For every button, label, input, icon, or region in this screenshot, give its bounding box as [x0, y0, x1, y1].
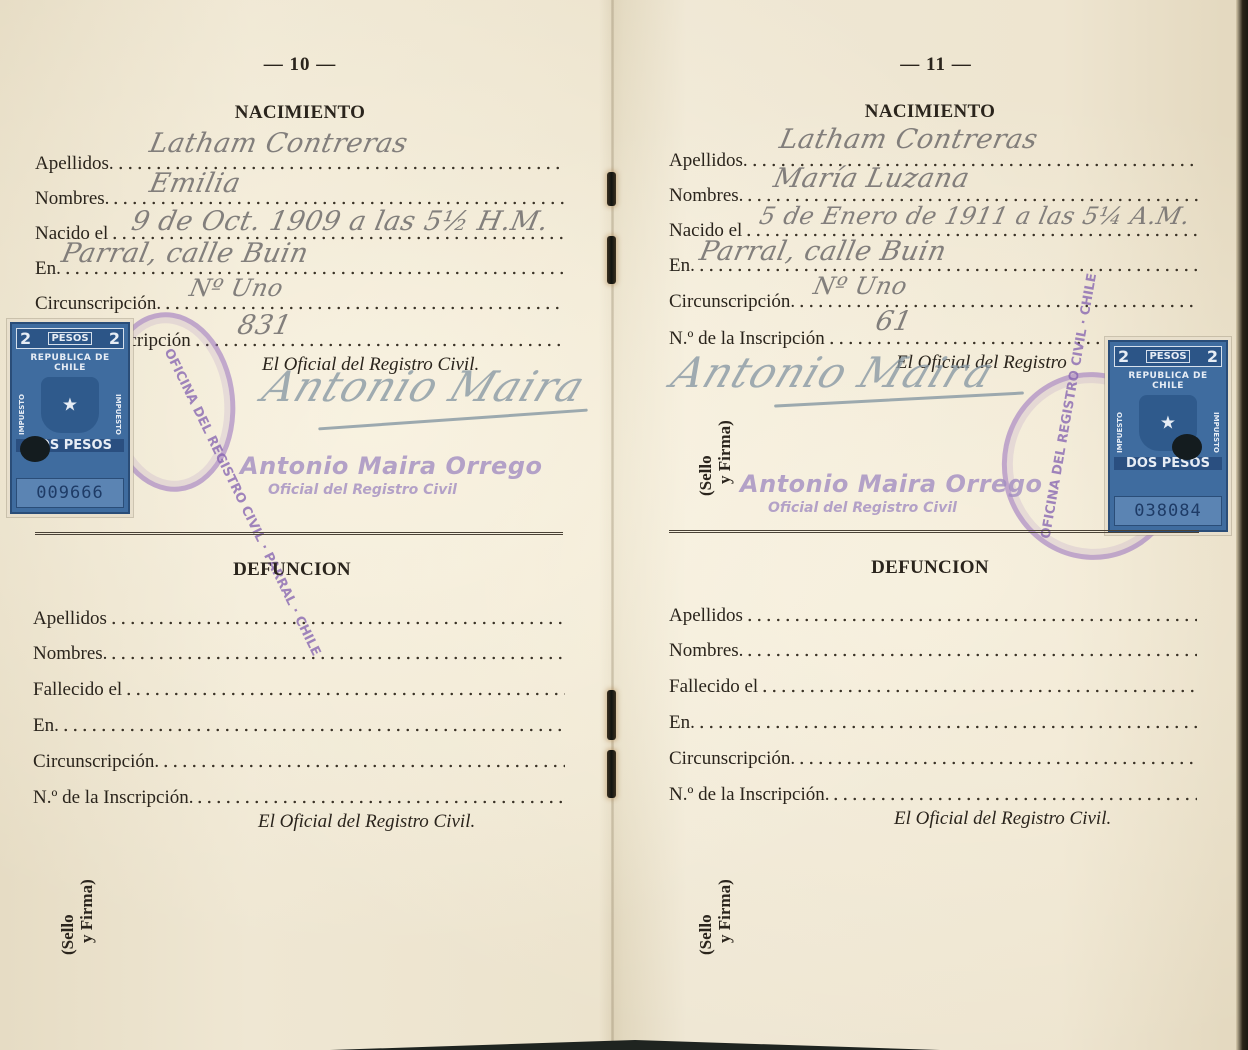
field-label: Circunscripción.	[669, 749, 795, 769]
field-label: Apellidos.	[669, 151, 748, 171]
birth-registration-number-value: 831	[235, 310, 295, 341]
death-officer-label: El Oficial del Registro Civil.	[258, 811, 475, 833]
birth-section-title: NACIMIENTO	[780, 101, 1080, 123]
death-date-field: Fallecido el	[33, 674, 565, 700]
field-label: En.	[33, 716, 59, 736]
page-number: — 10 —	[200, 54, 400, 76]
tax-stamp: 2 PESOS 2 REPUBLICA DE CHILE ★ IMPUESTO …	[1108, 340, 1228, 532]
tax-stamp: 2 PESOS 2 REPUBLICA DE CHILE ★ IMPUESTO …	[10, 322, 130, 514]
seal-label-line-2: y Firma)	[77, 879, 96, 955]
stamp-side-text: IMPUESTO	[114, 394, 122, 435]
field-label: Nombres.	[669, 641, 743, 661]
dotted-line	[111, 201, 565, 205]
death-date-field: Fallecido el	[669, 671, 1197, 697]
field-label: Apellidos	[33, 609, 107, 629]
seal-label-line-2: y Firma)	[715, 420, 734, 496]
stamp-denomination: 2	[20, 329, 31, 348]
dotted-line	[109, 621, 565, 625]
stamp-denomination: 2	[109, 329, 120, 348]
stamp-side-text: IMPUESTO	[18, 394, 26, 435]
stamp-country: REPUBLICA DE CHILE	[16, 353, 124, 373]
field-label: En.	[669, 713, 695, 733]
birth-registration-number-value: 61	[873, 306, 915, 337]
stamp-denomination: 2	[1118, 347, 1129, 366]
dotted-line	[697, 268, 1199, 272]
field-label: En.	[669, 256, 695, 276]
seal-label-line-2: y Firma)	[715, 879, 734, 955]
field-label: Fallecido el	[669, 677, 758, 697]
star-icon: ★	[62, 395, 78, 416]
birth-place-value: Parral, calle Buin	[59, 238, 312, 269]
officer-signature: Antonio Maira	[665, 348, 1001, 397]
death-registration-number-field: N.º de la Inscripción.	[669, 779, 1197, 805]
dotted-line	[195, 800, 565, 804]
death-place-field: En.	[33, 710, 565, 736]
dotted-line	[109, 656, 565, 660]
field-label: En.	[35, 259, 61, 279]
seal-label-line-1: (Sello	[696, 420, 715, 496]
stamp-denomination: 2	[1207, 347, 1218, 366]
birth-date-value: 9 de Oct. 1909 a las 5½ H.M.	[129, 206, 552, 237]
stamp-value-text: DOS PESOS	[1114, 457, 1222, 470]
officer-name-stamp: Antonio Maira Orrego Oficial del Registr…	[240, 452, 543, 498]
stamp-serial-number: 038084	[1114, 496, 1222, 526]
dotted-line	[61, 728, 565, 732]
seal-label-line-1: (Sello	[58, 879, 77, 955]
birth-place-value: Parral, calle Buin	[697, 236, 950, 267]
birth-district-value: Nº Uno	[811, 272, 910, 300]
binding-staple	[607, 236, 616, 284]
stamp-country: REPUBLICA DE CHILE	[1114, 371, 1222, 391]
binding-staple	[607, 750, 616, 798]
field-label: N.º de la Inscripción.	[669, 785, 829, 805]
seal-signature-label: (Sello y Firma)	[696, 879, 734, 955]
officer-signature: Antonio Maira	[256, 362, 592, 411]
stamp-denomination-bar: 2 PESOS 2	[16, 328, 124, 349]
birth-district-field: Circunscripción.	[35, 288, 565, 314]
dotted-line	[831, 797, 1197, 801]
dotted-line	[827, 341, 1109, 345]
binding-staple	[607, 690, 616, 740]
field-label: Circunscripción.	[669, 292, 795, 312]
field-label: Circunscripción.	[33, 752, 159, 772]
binding-staple	[607, 172, 616, 206]
officer-name-stamp: Antonio Maira Orrego Oficial del Registr…	[740, 470, 1043, 516]
punch-hole	[20, 436, 50, 462]
death-surnames-field: Apellidos	[33, 603, 565, 629]
seal-signature-label: (Sello y Firma)	[58, 879, 96, 955]
field-label: Circunscripción.	[35, 294, 161, 314]
death-officer-label: El Oficial del Registro Civil.	[894, 808, 1111, 830]
dotted-line	[760, 689, 1197, 693]
birth-section-title: NACIMIENTO	[150, 102, 450, 124]
dotted-line	[163, 306, 565, 310]
field-label: N.º de la Inscripción.	[33, 788, 193, 808]
book-spine	[611, 0, 614, 1050]
birth-surnames-value: Latham Contreras	[777, 124, 1041, 155]
page-11: — 11 — NACIMIENTO Apellidos. Latham Cont…	[614, 0, 1234, 1050]
stamp-officer-title: Oficial del Registro Civil	[768, 500, 1043, 516]
field-label: Nombres.	[35, 189, 109, 209]
death-section-title: DEFUNCION	[142, 559, 442, 581]
dotted-line	[63, 271, 565, 275]
birth-district-field: Circunscripción.	[669, 286, 1199, 312]
field-label: N.º de la Inscripción	[669, 329, 825, 349]
death-section-title: DEFUNCION	[780, 557, 1080, 579]
stamp-side-text: IMPUESTO	[1116, 412, 1124, 453]
birth-names-value: Emilia	[147, 168, 244, 199]
field-label: Apellidos	[669, 606, 743, 626]
birth-surnames-value: Latham Contreras	[147, 128, 411, 159]
dotted-line	[745, 653, 1197, 657]
birth-district-value: Nº Uno	[187, 274, 286, 302]
death-place-field: En.	[669, 707, 1197, 733]
coat-of-arms-icon: ★	[41, 377, 99, 433]
dotted-line	[745, 618, 1197, 622]
death-names-field: Nombres.	[33, 638, 565, 664]
birth-names-value: María Luzana	[771, 163, 973, 194]
field-label: Apellidos.	[35, 154, 114, 174]
stamp-currency: PESOS	[1146, 350, 1189, 363]
death-district-field: Circunscripción.	[669, 743, 1197, 769]
seal-label-line-1: (Sello	[696, 879, 715, 955]
stamp-officer-name: Antonio Maira Orrego	[740, 470, 1043, 498]
section-divider	[35, 532, 563, 535]
seal-text: OFICINA DEL REGISTRO CIVIL · CHILE	[1039, 272, 1101, 540]
field-label: Nombres.	[669, 186, 743, 206]
punch-hole	[1172, 434, 1202, 460]
stamp-officer-name: Antonio Maira Orrego	[240, 452, 543, 480]
dotted-line	[124, 692, 565, 696]
stamp-currency: PESOS	[48, 332, 91, 345]
star-icon: ★	[1160, 413, 1176, 434]
birth-date-value: 5 de Enero de 1911 a las 5¼ A.M.	[757, 202, 1193, 230]
dotted-line	[697, 725, 1197, 729]
death-names-field: Nombres.	[669, 635, 1197, 661]
seal-signature-label: (Sello y Firma)	[696, 420, 734, 496]
stamp-serial-number: 009666	[16, 478, 124, 508]
signature-underline	[318, 409, 588, 431]
field-label: Fallecido el	[33, 680, 122, 700]
dotted-line	[797, 761, 1197, 765]
death-surnames-field: Apellidos	[669, 600, 1197, 626]
booklet-spread: — 10 — NACIMIENTO Apellidos. Latham Cont…	[0, 0, 1248, 1050]
death-district-field: Circunscripción.	[33, 746, 565, 772]
stamp-side-text: IMPUESTO	[1212, 412, 1220, 453]
stamp-denomination-bar: 2 PESOS 2	[1114, 346, 1222, 367]
death-registration-number-field: N.º de la Inscripción.	[33, 782, 565, 808]
page-number: — 11 —	[836, 54, 1036, 76]
dotted-line	[193, 343, 565, 347]
page-edge-shadow	[1236, 0, 1248, 1050]
field-label: Nombres.	[33, 644, 107, 664]
dotted-line	[161, 764, 565, 768]
page-10: — 10 — NACIMIENTO Apellidos. Latham Cont…	[0, 0, 612, 1050]
section-divider	[669, 530, 1199, 533]
dotted-line	[797, 304, 1199, 308]
stamp-officer-title: Oficial del Registro Civil	[268, 482, 543, 498]
